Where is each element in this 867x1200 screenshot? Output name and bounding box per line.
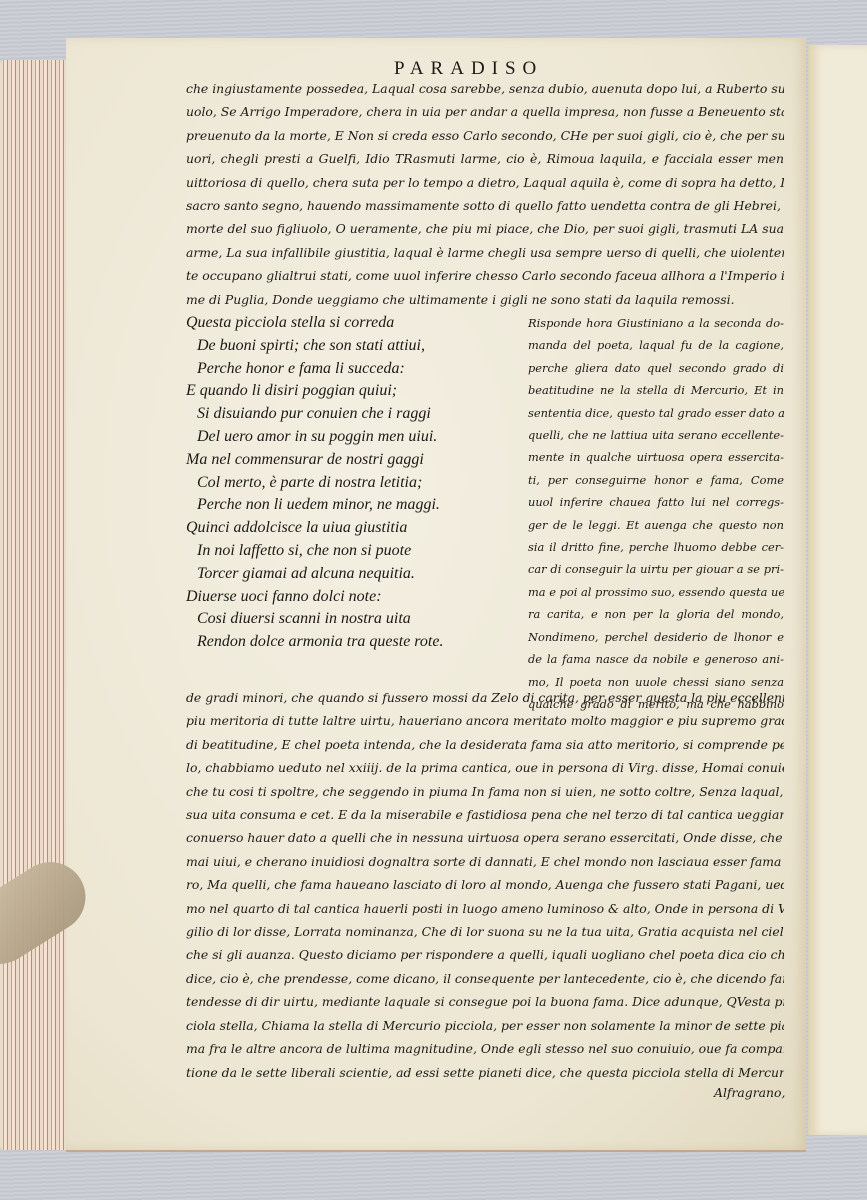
commentary-bottom: de gradi minori, che quando si fussero m… xyxy=(186,686,784,1084)
commentary-line: mo nel quarto di tal cantica hauerli pos… xyxy=(186,897,784,920)
verse-line: Questa picciola stella si correda xyxy=(186,312,516,335)
verse-line: Rendon dolce armonia tra queste rote. xyxy=(186,631,516,654)
gloss-line: uuol inferire chauea fatto lui nel corre… xyxy=(528,491,784,513)
verse-line: Del uero amor in su poggin men uiui. xyxy=(186,426,516,449)
commentary-line: conuerso hauer dato a quelli che in ness… xyxy=(186,826,784,849)
commentary-line: lo, chabbiamo ueduto nel xxiiij. de la p… xyxy=(186,756,784,779)
gloss-line: perche gliera dato quel secondo grado di xyxy=(528,357,784,379)
verse-line: Diuerse uoci fanno dolci note: xyxy=(186,586,516,609)
verse-line: Ma nel commensurar de nostri gaggi xyxy=(186,449,516,472)
commentary-line: arme, La sua infallibile giustitia, laqu… xyxy=(186,241,784,264)
commentary-line: uori, chegli presti a Guelfi, Idio TRasm… xyxy=(186,147,784,170)
verse-line: De buoni spirti; che son stati attiui, xyxy=(186,335,516,358)
gloss-line: Nondimeno, perchel desiderio de lhonor e xyxy=(528,626,784,648)
commentary-line: tendesse di dir uirtu, mediante laquale … xyxy=(186,990,784,1013)
commentary-line: me di Puglia, Donde ueggiamo che ultimam… xyxy=(186,288,784,311)
verse-line: Perche honor e fama li succeda: xyxy=(186,358,516,381)
commentary-line: che si gli auanza. Questo diciamo per ri… xyxy=(186,943,784,966)
commentary-line: de gradi minori, che quando si fussero m… xyxy=(186,686,784,709)
facing-page-edge xyxy=(808,45,867,1135)
commentary-line: ro, Ma quelli, che fama haueano lasciato… xyxy=(186,873,784,896)
gloss-line: ma e poi al prossimo suo, essendo questa… xyxy=(528,581,784,603)
gloss-line: sententia dice, questo tal grado esser d… xyxy=(528,402,784,424)
verse-line: In noi laffetto si, che non si puote xyxy=(186,540,516,563)
gloss-line: Risponde hora Giustiniano a la seconda d… xyxy=(528,312,784,334)
commentary-line: te occupano glialtrui stati, come uuol i… xyxy=(186,264,784,287)
commentary-line: uolo, Se Arrigo Imperadore, chera in uia… xyxy=(186,100,784,123)
verse-line: Cosi diuersi scanni in nostra uita xyxy=(186,608,516,631)
commentary-line: sacro santo segno, hauendo massimamente … xyxy=(186,194,784,217)
verse-block: Questa picciola stella si correda De buo… xyxy=(186,312,516,654)
commentary-line: preuenuto da la morte, E Non si creda es… xyxy=(186,124,784,147)
commentary-top: che ingiustamente possedea, Laqual cosa … xyxy=(186,77,784,311)
catchword: Alfragrano, xyxy=(714,1085,785,1100)
gloss-line: beatitudine ne la stella di Mercurio, Et… xyxy=(528,379,784,401)
verse-line: Quinci addolcisce la uiua giustitia xyxy=(186,517,516,540)
commentary-line: gilio di lor disse, Lorrata nominanza, C… xyxy=(186,920,784,943)
verse-line: Torcer giamai ad alcuna nequitia. xyxy=(186,563,516,586)
gloss-line: car di conseguir la uirtu per giouar a s… xyxy=(528,558,784,580)
verse-line: Col merto, è parte di nostra letitia; xyxy=(186,472,516,495)
gloss-line: sia il dritto fine, perche lhuomo debbe … xyxy=(528,536,784,558)
commentary-line: ciola stella, Chiama la stella di Mercur… xyxy=(186,1014,784,1037)
gloss-line: de la fama nasce da nobile e generoso an… xyxy=(528,648,784,670)
gloss-line: mente in qualche uirtuosa opera essercit… xyxy=(528,446,784,468)
verse-line: Perche non li uedem minor, ne maggi. xyxy=(186,494,516,517)
commentary-line: piu meritoria di tutte laltre uirtu, hau… xyxy=(186,709,784,732)
gloss-line: manda del poeta, laqual fu de la cagione… xyxy=(528,334,784,356)
side-gloss: Risponde hora Giustiniano a la seconda d… xyxy=(528,312,784,715)
commentary-line: morte del suo figliuolo, O ueramente, ch… xyxy=(186,217,784,240)
gloss-line: ger de le leggi. Et auenga che questo no… xyxy=(528,514,784,536)
gloss-line: quelli, che ne lattiua uita serano eccel… xyxy=(528,424,784,446)
commentary-line: di beatitudine, E chel poeta intenda, ch… xyxy=(186,733,784,756)
commentary-line: dice, cio è, che prendesse, come dicano,… xyxy=(186,967,784,990)
verse-line: Si disuiando pur conuien che i raggi xyxy=(186,403,516,426)
gloss-line: ra carita, e non per la gloria del mondo… xyxy=(528,603,784,625)
commentary-line: che ingiustamente possedea, Laqual cosa … xyxy=(186,77,784,100)
commentary-line: mai uiui, e cherano inuidiosi dognaltra … xyxy=(186,850,784,873)
commentary-line: uittoriosa di quello, chera suta per lo … xyxy=(186,171,784,194)
verse-line: E quando li disiri poggian quiui; xyxy=(186,380,516,403)
commentary-line: ma fra le altre ancora de lultima magnit… xyxy=(186,1037,784,1060)
book-page-edges xyxy=(0,60,68,1150)
commentary-line: che tu cosi ti spoltre, che seggendo in … xyxy=(186,780,784,803)
commentary-line: sua uita consuma e cet. E da la miserabi… xyxy=(186,803,784,826)
gloss-line: ti, per conseguirne honor e fama, Come xyxy=(528,469,784,491)
commentary-line: tione da le sette liberali scientie, ad … xyxy=(186,1061,784,1084)
